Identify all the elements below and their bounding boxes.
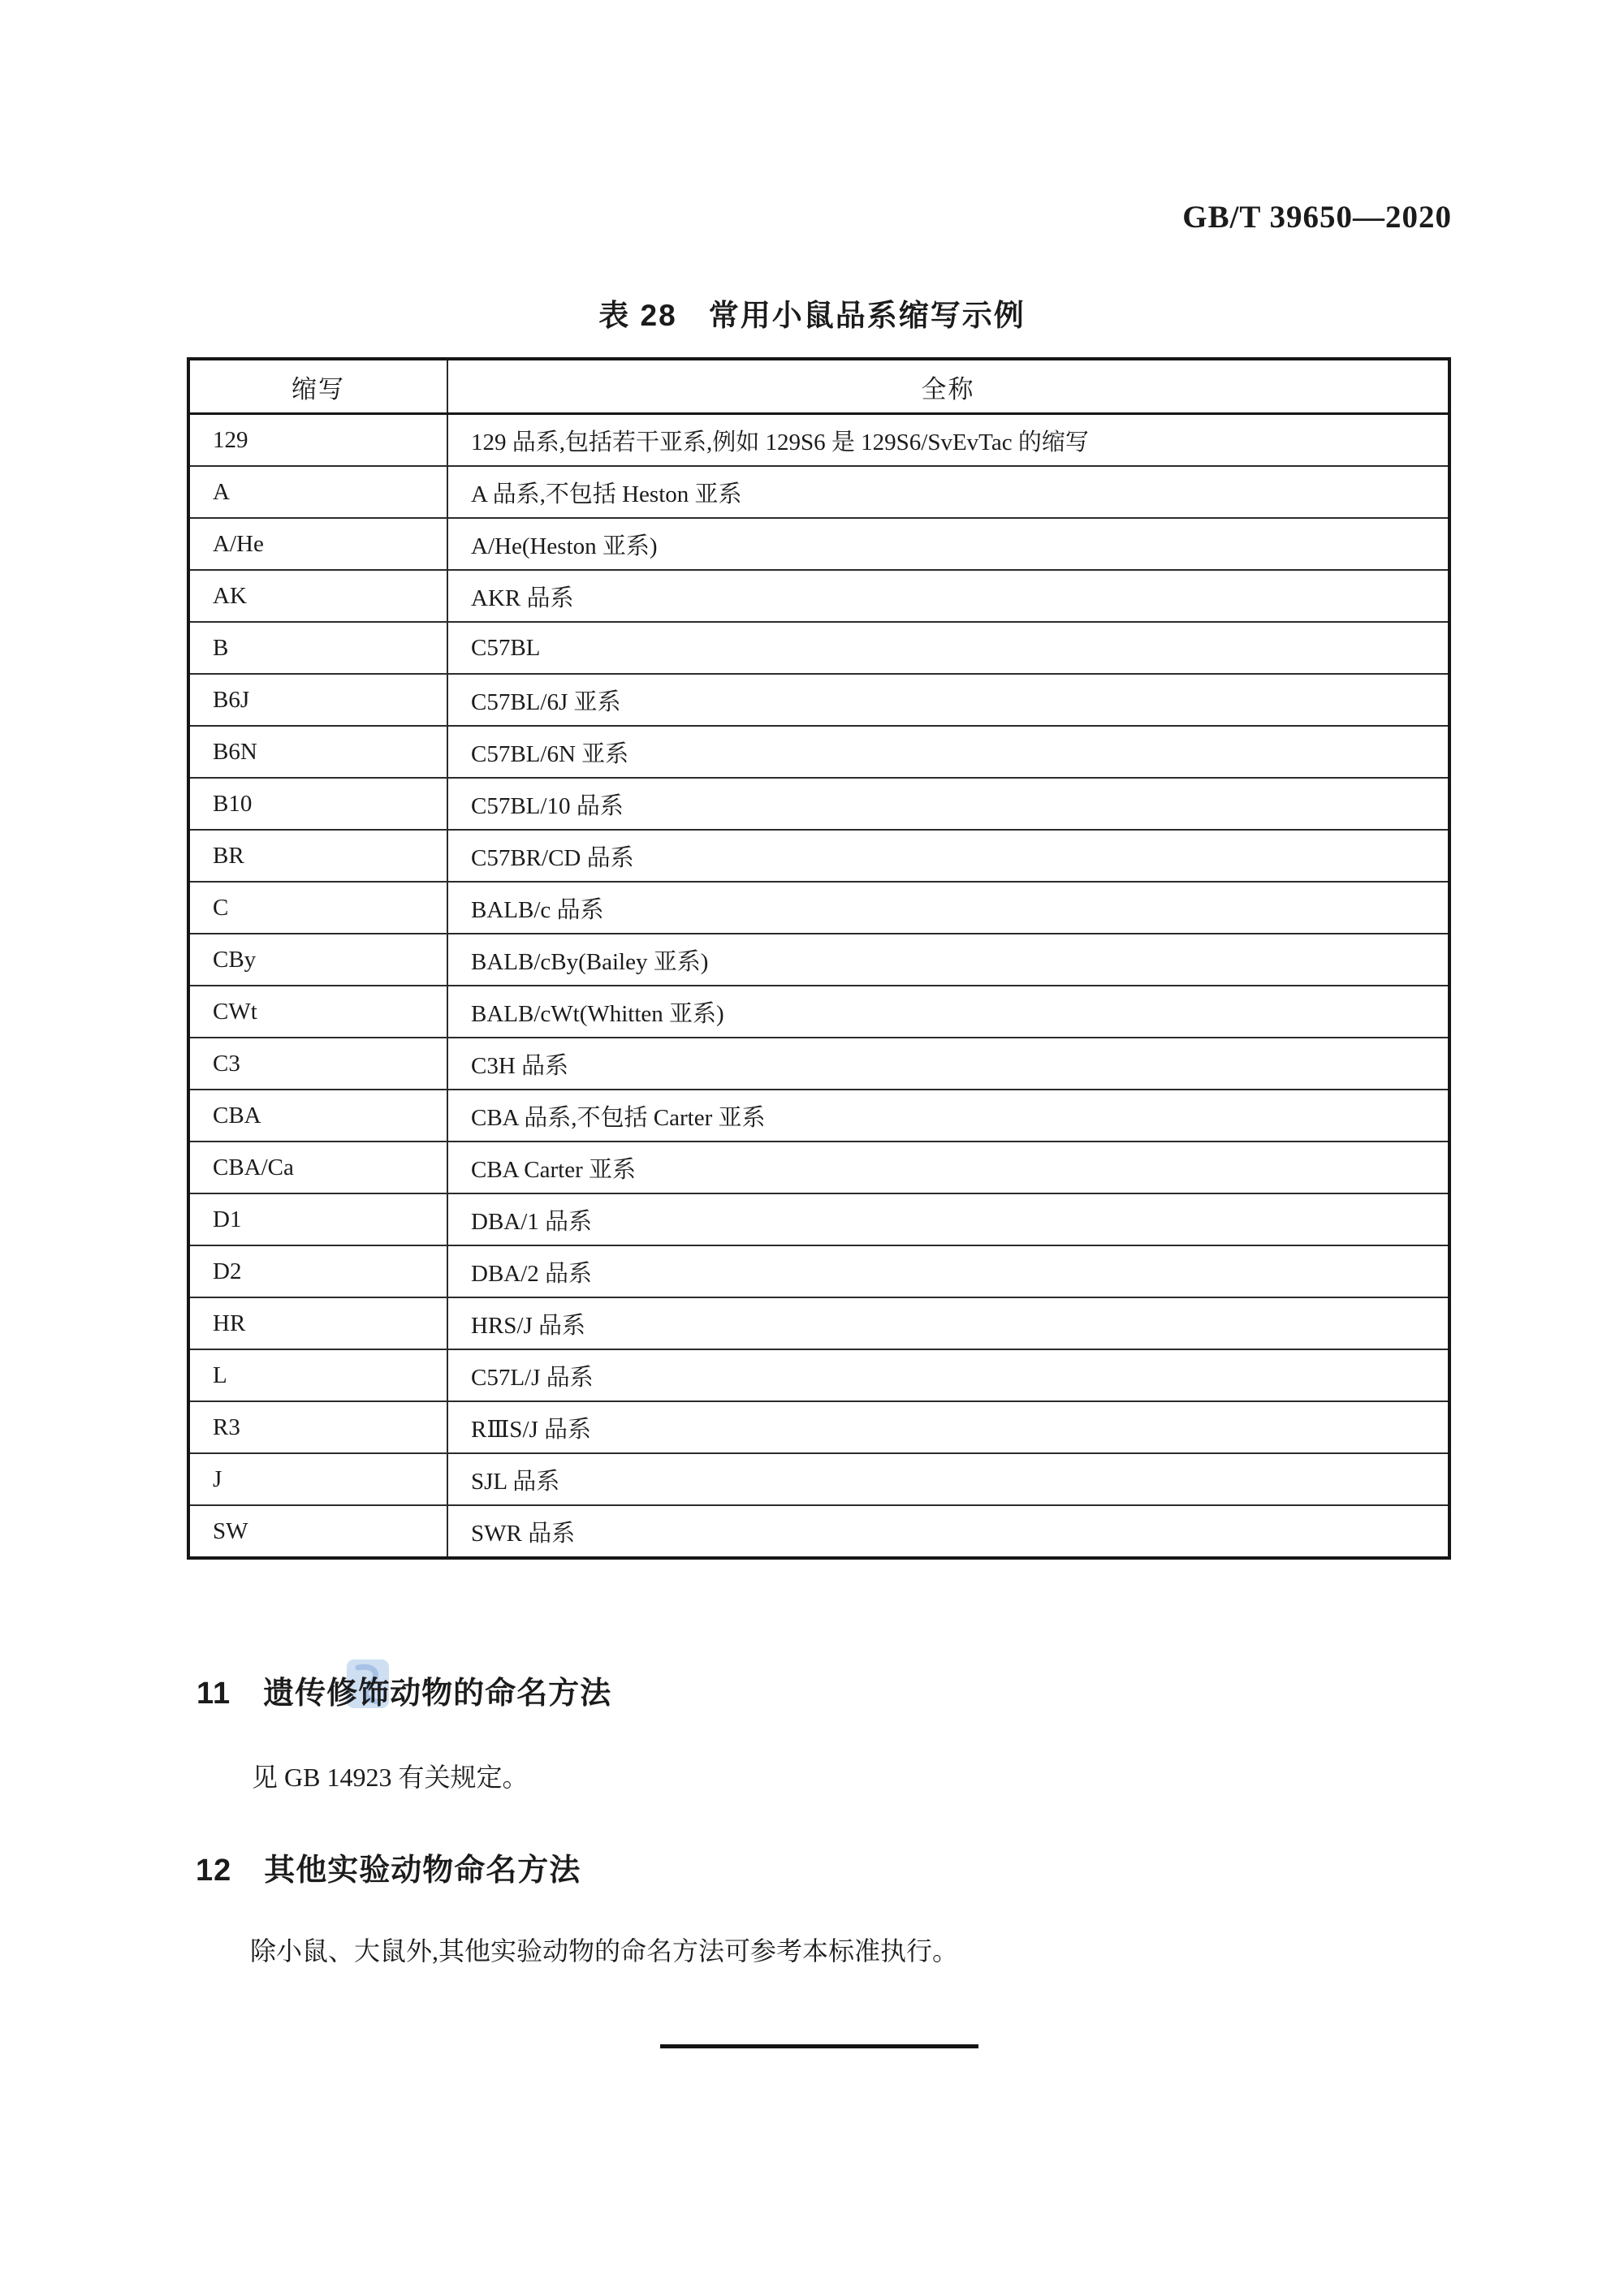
table-row: C3C3H 品系 xyxy=(188,1038,1449,1090)
abbr-cell: CBA/Ca xyxy=(188,1142,447,1193)
fullname-cell: BALB/cWt(Whitten 亚系) xyxy=(447,986,1449,1038)
abbr-cell: B10 xyxy=(188,778,447,830)
fullname-cell: 129 品系,包括若干亚系,例如 129S6 是 129S6/SvEvTac 的… xyxy=(447,414,1449,467)
table-row: 129129 品系,包括若干亚系,例如 129S6 是 129S6/SvEvTa… xyxy=(188,414,1449,467)
fullname-cell: C57BL/6N 亚系 xyxy=(447,726,1449,778)
table-row: B10C57BL/10 品系 xyxy=(188,778,1449,830)
section-12-number: 12 xyxy=(196,1854,231,1888)
table-row: BC57BL xyxy=(188,622,1449,674)
fullname-cell: HRS/J 品系 xyxy=(447,1297,1449,1349)
abbr-cell: R3 xyxy=(188,1401,447,1453)
table-row: B6NC57BL/6N 亚系 xyxy=(188,726,1449,778)
abbr-cell: D1 xyxy=(188,1193,447,1245)
section-11-title: 遗传修饰动物的命名方法 xyxy=(263,1677,611,1711)
abbr-cell: CBA xyxy=(188,1090,447,1142)
abbr-cell: AK xyxy=(188,570,447,622)
column-header-abbr: 缩写 xyxy=(188,359,447,414)
fullname-cell: CBA 品系,不包括 Carter 亚系 xyxy=(447,1090,1449,1142)
table-row: R3RⅢS/J 品系 xyxy=(188,1401,1449,1453)
fullname-cell: C3H 品系 xyxy=(447,1038,1449,1090)
table-row: SWSWR 品系 xyxy=(188,1505,1449,1558)
table-caption: 表 28 常用小鼠品系缩写示例 xyxy=(0,291,1624,334)
fullname-cell: RⅢS/J 品系 xyxy=(447,1401,1449,1453)
abbr-cell: J xyxy=(188,1453,447,1505)
table-row: CWtBALB/cWt(Whitten 亚系) xyxy=(188,986,1449,1038)
abbr-cell: B6J xyxy=(188,674,447,726)
fullname-cell: C57BR/CD 品系 xyxy=(447,830,1449,882)
table-row: AKAKR 品系 xyxy=(188,570,1449,622)
abbr-cell: C3 xyxy=(188,1038,447,1090)
abbr-cell: SW xyxy=(188,1505,447,1558)
table-row: LC57L/J 品系 xyxy=(188,1349,1449,1401)
abbr-cell: 129 xyxy=(188,414,447,467)
fullname-cell: CBA Carter 亚系 xyxy=(447,1142,1449,1193)
table-row: CByBALB/cBy(Bailey 亚系) xyxy=(188,934,1449,986)
abbr-cell: L xyxy=(188,1349,447,1401)
fullname-cell: DBA/1 品系 xyxy=(447,1193,1449,1245)
fullname-cell: DBA/2 品系 xyxy=(447,1245,1449,1297)
section-12-title: 其他实验动物命名方法 xyxy=(264,1854,581,1888)
fullname-cell: SWR 品系 xyxy=(447,1505,1449,1558)
table-body: 129129 品系,包括若干亚系,例如 129S6 是 129S6/SvEvTa… xyxy=(188,414,1449,1559)
section-12-heading: 12其他实验动物命名方法 xyxy=(196,1845,581,1889)
table-row: AA 品系,不包括 Heston 亚系 xyxy=(188,466,1449,518)
fullname-cell: AKR 品系 xyxy=(447,570,1449,622)
abbr-cell: B6N xyxy=(188,726,447,778)
column-header-fullname: 全称 xyxy=(447,359,1449,414)
table-header: 缩写 全称 xyxy=(188,359,1449,414)
abbr-cell: D2 xyxy=(188,1245,447,1297)
end-of-document-rule xyxy=(660,2044,978,2048)
abbr-cell: CWt xyxy=(188,986,447,1038)
table-row: D2DBA/2 品系 xyxy=(188,1245,1449,1297)
table-row: JSJL 品系 xyxy=(188,1453,1449,1505)
section-12-body: 除小鼠、大鼠外,其他实验动物的命名方法可参考本标准执行。 xyxy=(250,1931,958,1968)
fullname-cell: C57L/J 品系 xyxy=(447,1349,1449,1401)
abbr-cell: BR xyxy=(188,830,447,882)
abbr-cell: A xyxy=(188,466,447,518)
table-header-row: 缩写 全称 xyxy=(188,359,1449,414)
abbr-cell: A/He xyxy=(188,518,447,570)
abbr-cell: HR xyxy=(188,1297,447,1349)
table-row: CBALB/c 品系 xyxy=(188,882,1449,934)
fullname-cell: SJL 品系 xyxy=(447,1453,1449,1505)
fullname-cell: C57BL xyxy=(447,622,1449,674)
section-11-number: 11 xyxy=(197,1677,231,1711)
fullname-cell: BALB/cBy(Bailey 亚系) xyxy=(447,934,1449,986)
table-row: CBACBA 品系,不包括 Carter 亚系 xyxy=(188,1090,1449,1142)
section-11-heading: 11遗传修饰动物的命名方法 xyxy=(197,1668,611,1712)
abbr-cell: CBy xyxy=(188,934,447,986)
table-row: BRC57BR/CD 品系 xyxy=(188,830,1449,882)
section-11-body: 见 GB 14923 有关规定。 xyxy=(252,1757,528,1794)
table-row: CBA/CaCBA Carter 亚系 xyxy=(188,1142,1449,1193)
abbr-cell: B xyxy=(188,622,447,674)
fullname-cell: A/He(Heston 亚系) xyxy=(447,518,1449,570)
table-row: B6JC57BL/6J 亚系 xyxy=(188,674,1449,726)
table-row: HRHRS/J 品系 xyxy=(188,1297,1449,1349)
fullname-cell: C57BL/6J 亚系 xyxy=(447,674,1449,726)
standard-number: GB/T 39650—2020 xyxy=(1182,199,1452,235)
table-row: D1DBA/1 品系 xyxy=(188,1193,1449,1245)
fullname-cell: A 品系,不包括 Heston 亚系 xyxy=(447,466,1449,518)
abbr-cell: C xyxy=(188,882,447,934)
strain-abbreviation-table: 缩写 全称 129129 品系,包括若干亚系,例如 129S6 是 129S6/… xyxy=(187,357,1451,1560)
table-row: A/HeA/He(Heston 亚系) xyxy=(188,518,1449,570)
fullname-cell: C57BL/10 品系 xyxy=(447,778,1449,830)
fullname-cell: BALB/c 品系 xyxy=(447,882,1449,934)
